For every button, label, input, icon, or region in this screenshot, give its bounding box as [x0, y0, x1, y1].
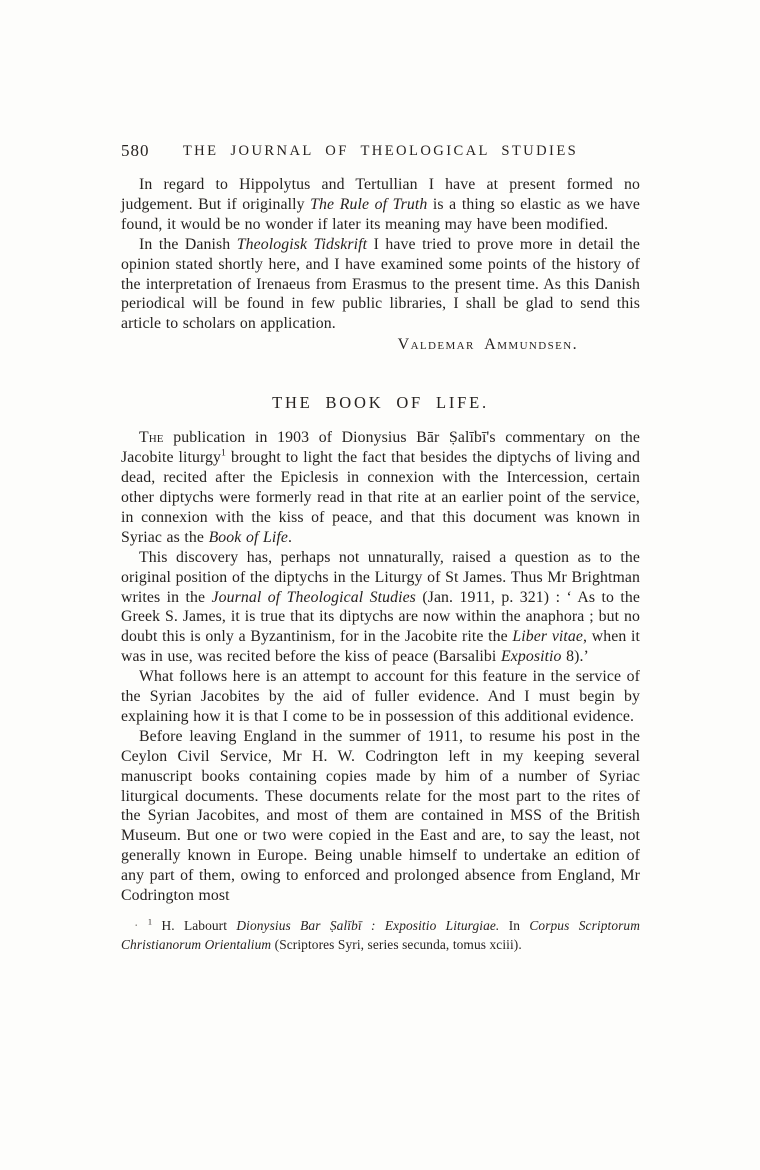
paragraph: The publication in 1903 of Dionysius Bār…: [121, 428, 640, 547]
paragraph: This discovery has, perhaps not unnatura…: [121, 548, 640, 667]
journal-page-scan: 580 THE JOURNAL OF THEOLOGICAL STUDIES I…: [0, 0, 760, 1170]
running-title: THE JOURNAL OF THEOLOGICAL STUDIES: [121, 143, 640, 160]
author-signature: Valdemar Ammundsen.: [121, 336, 578, 354]
paragraph: In regard to Hippolytus and Tertullian I…: [121, 175, 640, 235]
previous-article-closing: In regard to Hippolytus and Tertullian I…: [121, 175, 640, 354]
paragraph: In the Danish Theologisk Tidskrift I hav…: [121, 235, 640, 335]
footnote: · 1 H. Labourt Dionysius Bar Ṣalībī : Ex…: [121, 916, 640, 954]
paragraph: What follows here is an attempt to accou…: [121, 667, 640, 727]
paragraph: Before leaving England in the summer of …: [121, 727, 640, 906]
article-body: The publication in 1903 of Dionysius Bār…: [121, 428, 640, 906]
page-header: 580 THE JOURNAL OF THEOLOGICAL STUDIES: [121, 141, 640, 163]
page-content: 580 THE JOURNAL OF THEOLOGICAL STUDIES I…: [121, 141, 640, 954]
article-title: THE BOOK OF LIFE.: [121, 393, 640, 413]
